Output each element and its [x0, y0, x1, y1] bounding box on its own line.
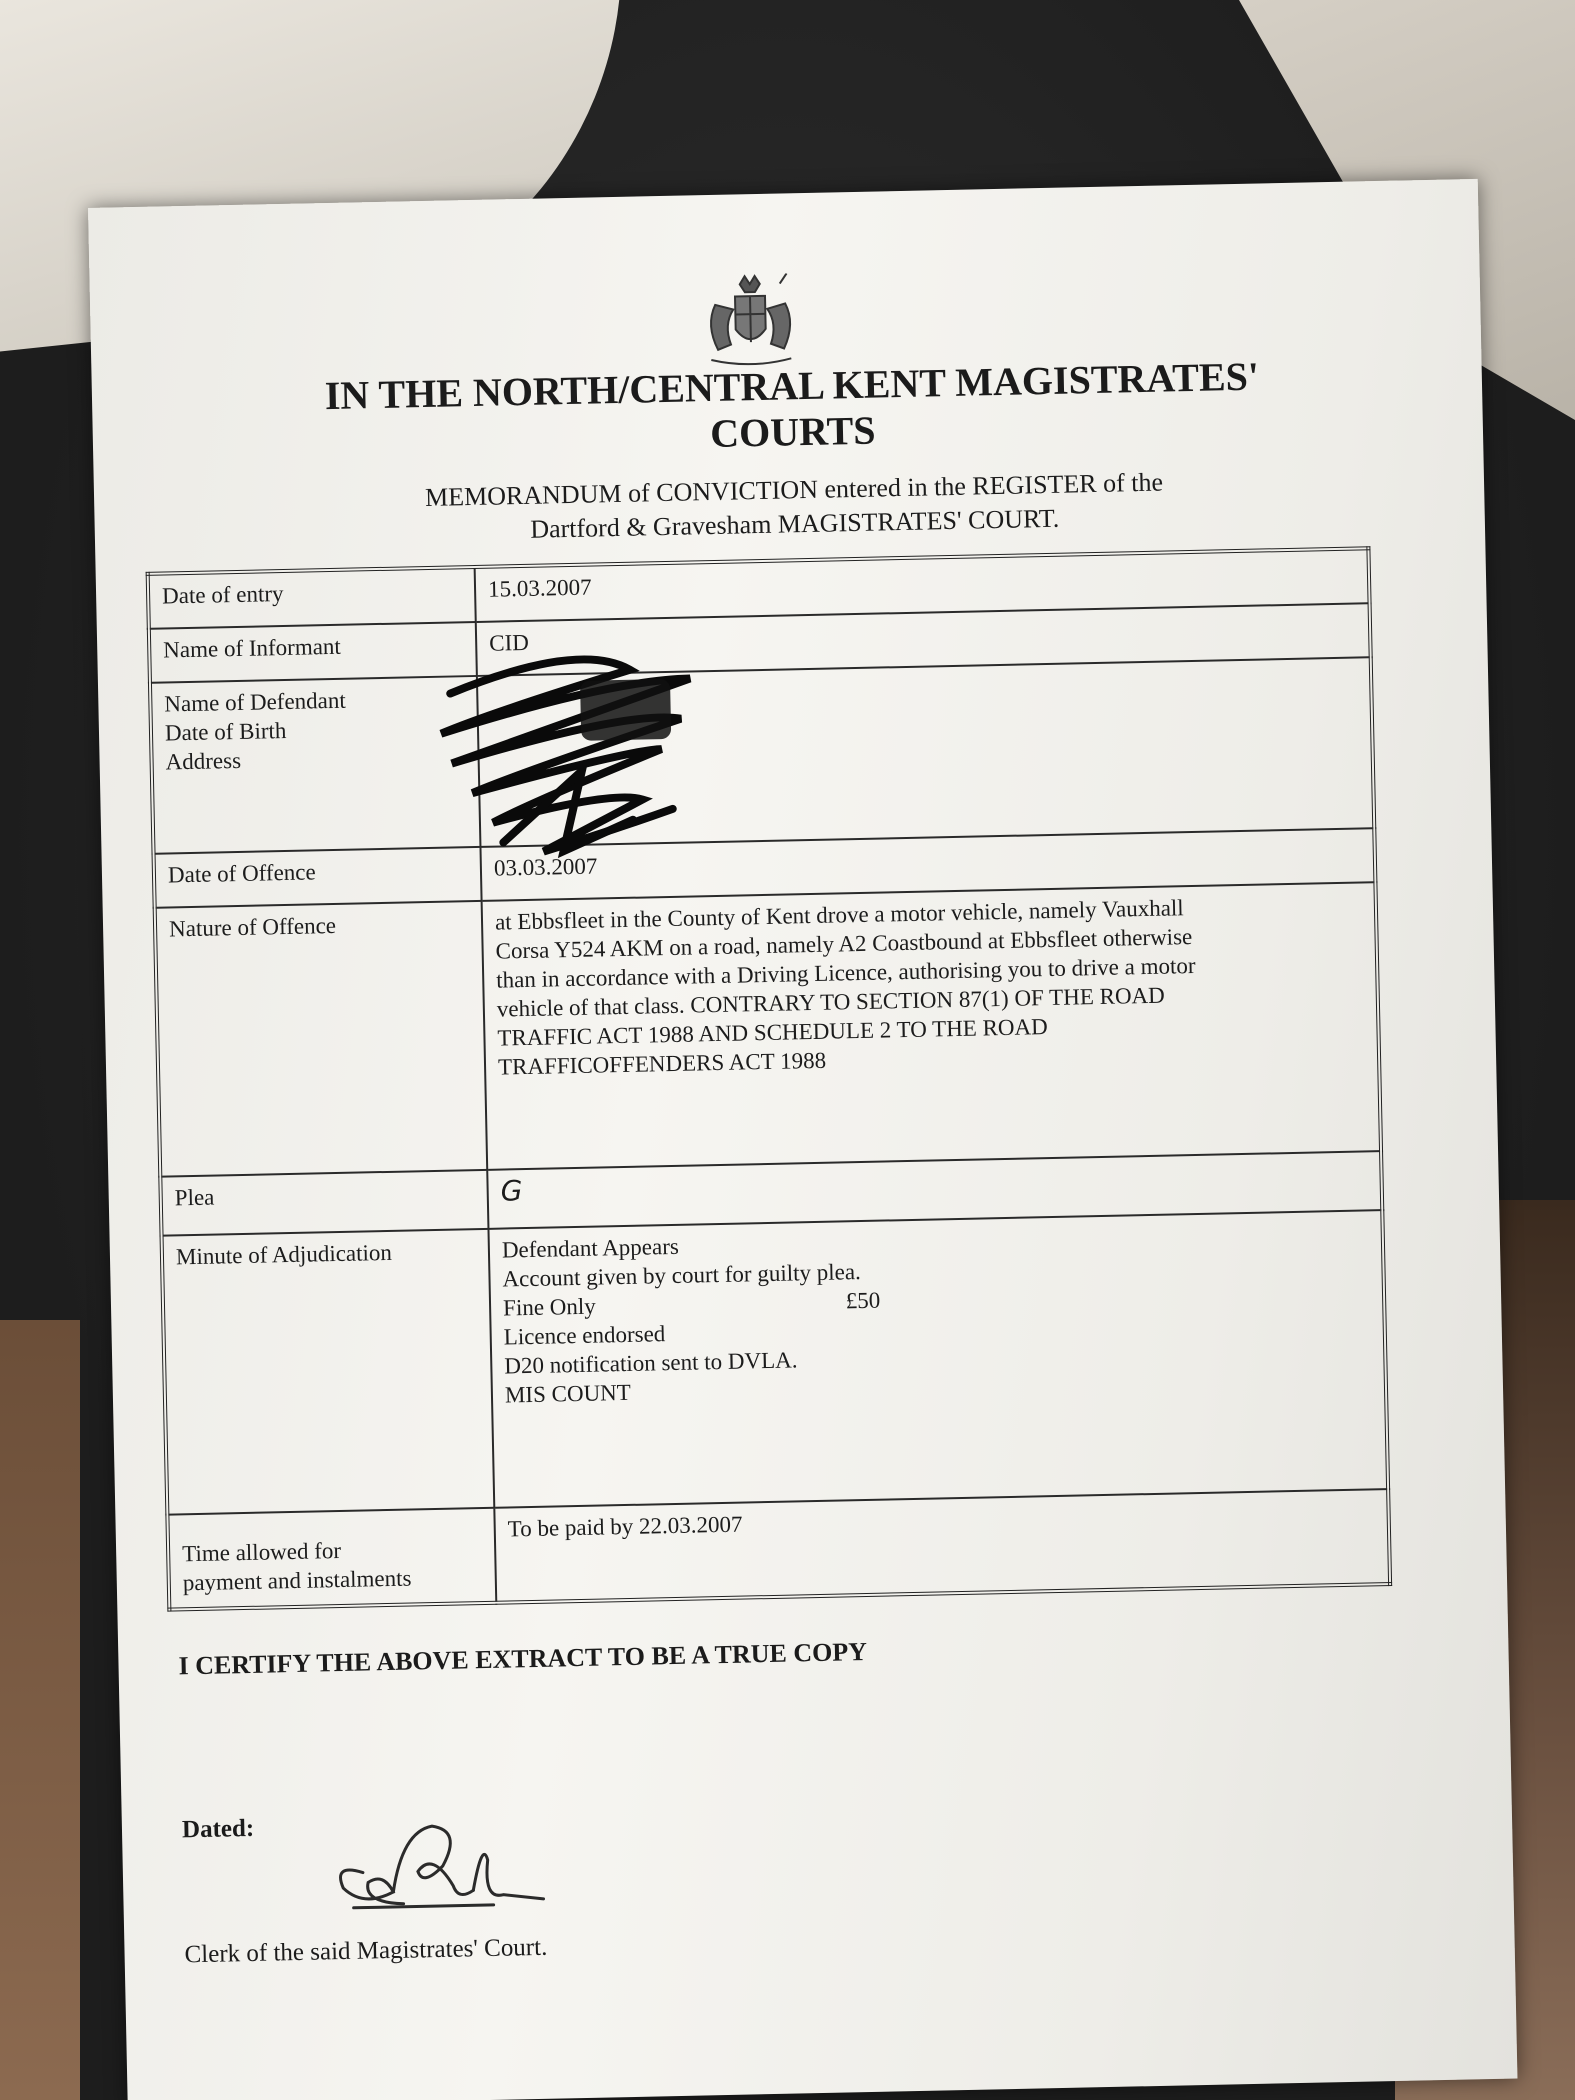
adjudication-line: Fine Only [503, 1292, 596, 1323]
date-of-offence-label: Date of Offence [154, 847, 482, 908]
table-row: Name of Defendant Date of Birth Address [150, 657, 1374, 854]
clerk-signature-icon [322, 1809, 554, 1924]
defendant-details-redacted [477, 657, 1374, 847]
date-of-entry-label: Date of entry [148, 567, 476, 629]
redaction [490, 677, 753, 832]
minute-of-adjudication-value: Defendant Appears Account given by court… [488, 1210, 1388, 1508]
fine-amount: £50 [845, 1286, 880, 1316]
dated-label: Dated: [182, 1815, 255, 1845]
table-row: Minute of Adjudication Defendant Appears… [162, 1210, 1389, 1515]
nature-of-offence-value: at Ebbsfleet in the County of Kent drove… [482, 882, 1381, 1170]
time-allowed-label-line-2: payment and instalments [183, 1562, 484, 1597]
background-wood-left [0, 1320, 80, 2100]
time-allowed-label: Time allowed for payment and instalments [167, 1508, 496, 1610]
certification-statement: I CERTIFY THE ABOVE EXTRACT TO BE A TRUE… [178, 1637, 867, 1681]
address-label: Address [165, 741, 466, 776]
memorandum-subtitle: MEMORANDUM of CONVICTION entered in the … [154, 460, 1435, 555]
table-row: Nature of Offence at Ebbsfleet in the Co… [155, 882, 1381, 1177]
conviction-register-table: Date of entry 15.03.2007 Name of Informa… [146, 546, 1393, 1611]
royal-crest-icon [695, 273, 807, 375]
redaction-scribble-icon [429, 648, 734, 874]
conviction-memorandum-document: IN THE NORTH/CENTRAL KENT MAGISTRATES' C… [88, 179, 1517, 2100]
minute-of-adjudication-label: Minute of Adjudication [162, 1229, 495, 1515]
court-title: IN THE NORTH/CENTRAL KENT MAGISTRATES' C… [152, 350, 1434, 469]
informant-label: Name of Informant [149, 622, 477, 683]
plea-label: Plea [160, 1170, 488, 1236]
clerk-caption: Clerk of the said Magistrates' Court. [184, 1934, 547, 1970]
time-allowed-value: To be paid by 22.03.2007 [494, 1489, 1390, 1603]
nature-of-offence-label: Nature of Offence [155, 901, 488, 1177]
